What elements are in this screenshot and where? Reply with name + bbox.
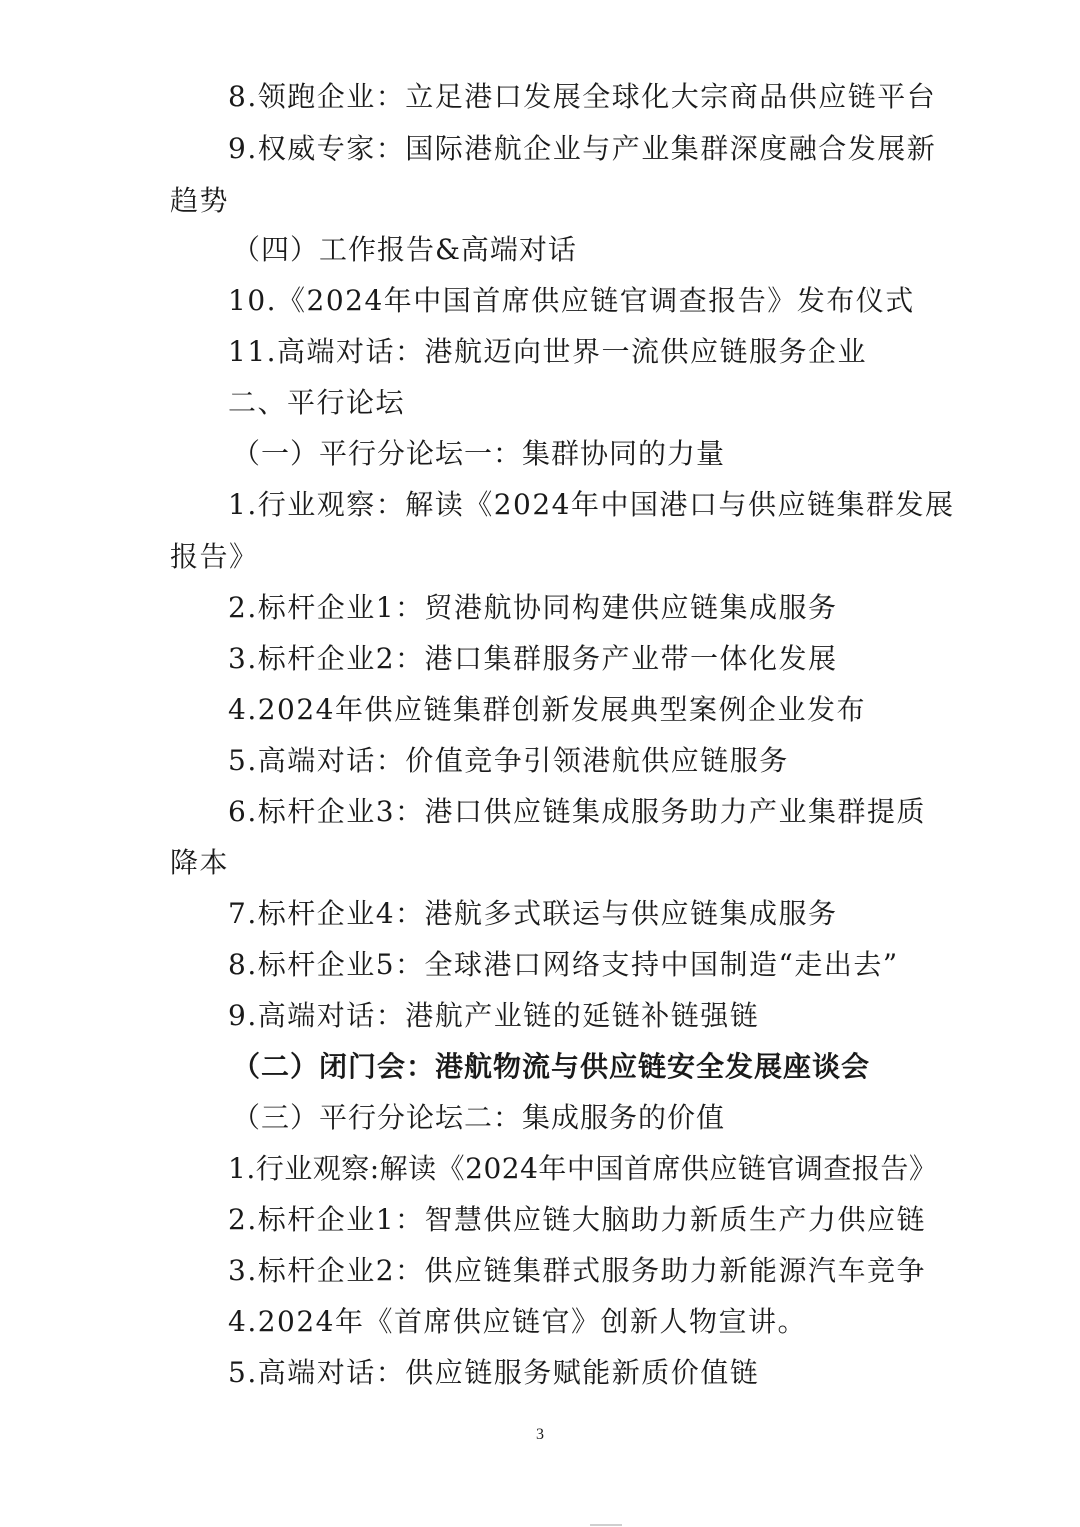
agenda-item: 5.高端对话：价值竞争引领港航供应链服务: [228, 744, 789, 778]
scan-artifact: [590, 1524, 622, 1526]
section-subheading: （三）平行分论坛二：集成服务的价值: [232, 1101, 725, 1135]
agenda-item: 9.高端对话：港航产业链的延链补链强链: [228, 999, 759, 1033]
agenda-item-continuation: 趋势: [170, 184, 229, 218]
agenda-item: 3.标杆企业2：供应链集群式服务助力新能源汽车竞争: [228, 1254, 926, 1288]
agenda-item: 1.行业观察：解读《2024年中国港口与供应链集群发展: [228, 488, 954, 522]
agenda-item-continuation: 降本: [170, 846, 229, 880]
agenda-item: 5.高端对话：供应链服务赋能新质价值链: [228, 1356, 759, 1390]
section-subheading: （四）工作报告&高端对话: [232, 233, 577, 267]
agenda-item: 10.《2024年中国首席供应链官调查报告》发布仪式: [228, 284, 915, 318]
agenda-item: 6.标杆企业3：港口供应链集成服务助力产业集群提质: [228, 795, 926, 829]
agenda-item: 11.高端对话：港航迈向世界一流供应链服务企业: [228, 335, 867, 369]
section-subheading: （一）平行分论坛一：集群协同的力量: [232, 437, 725, 471]
agenda-item: 8.标杆企业5：全球港口网络支持中国制造“走出去”: [228, 948, 899, 982]
agenda-item: 4.2024年供应链集群创新发展典型案例企业发布: [228, 693, 866, 727]
section-subheading: （二）闭门会：港航物流与供应链安全发展座谈会: [232, 1050, 870, 1084]
section-heading: 二、平行论坛: [228, 386, 405, 420]
agenda-item: 8.领跑企业：立足港口发展全球化大宗商品供应链平台: [228, 80, 936, 114]
agenda-item: 9.权威专家：国际港航企业与产业集群深度融合发展新: [228, 132, 936, 166]
agenda-item: 7.标杆企业4：港航多式联运与供应链集成服务: [228, 897, 838, 931]
agenda-item: 2.标杆企业1：智慧供应链大脑助力新质生产力供应链: [228, 1203, 926, 1237]
agenda-item: 3.标杆企业2：港口集群服务产业带一体化发展: [228, 642, 838, 676]
document-page: 8.领跑企业：立足港口发展全球化大宗商品供应链平台 9.权威专家：国际港航企业与…: [0, 0, 1080, 1527]
agenda-item-continuation: 报告》: [170, 540, 259, 574]
agenda-item: 4.2024年《首席供应链官》创新人物宣讲。: [228, 1305, 807, 1339]
page-number: 3: [0, 1425, 1080, 1445]
agenda-item: 2.标杆企业1：贸港航协同构建供应链集成服务: [228, 591, 838, 625]
agenda-item: 1.行业观察:解读《2024年中国首席供应链官调查报告》: [228, 1152, 937, 1186]
